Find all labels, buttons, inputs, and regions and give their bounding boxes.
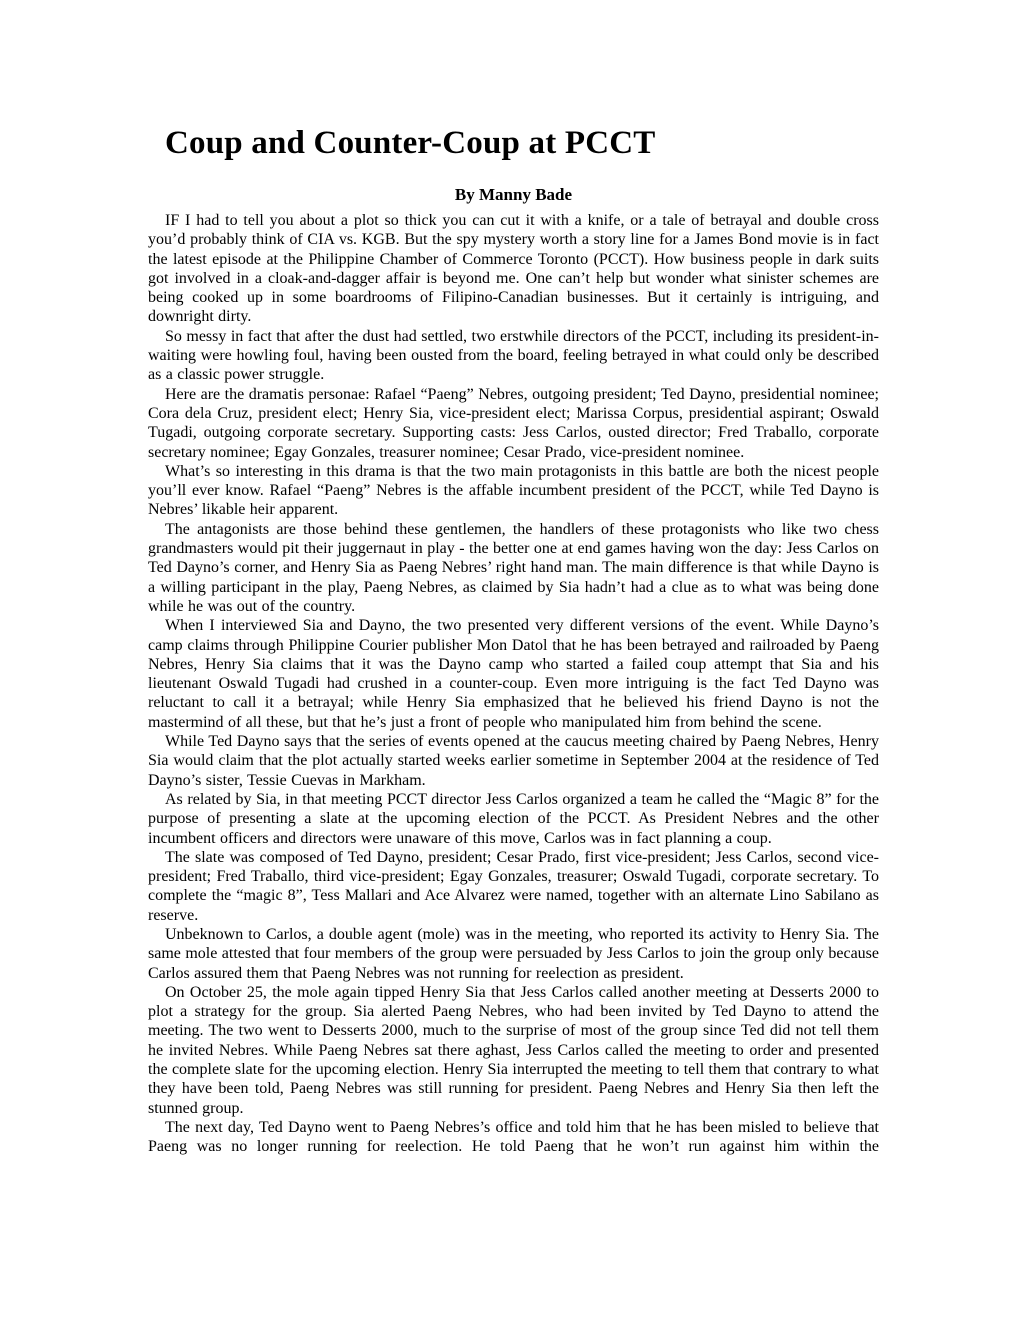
document-page: Coup and Counter-Coup at PCCT By Manny B… (0, 0, 1020, 1320)
article-title: Coup and Counter-Coup at PCCT (148, 124, 879, 162)
article-paragraph: The next day, Ted Dayno went to Paeng Ne… (148, 1118, 879, 1157)
article-paragraph: On October 25, the mole again tipped Hen… (148, 983, 879, 1118)
article-paragraph: IF I had to tell you about a plot so thi… (148, 211, 879, 327)
article-paragraph: Here are the dramatis personae: Rafael “… (148, 385, 879, 462)
article-paragraph: As related by Sia, in that meeting PCCT … (148, 790, 879, 848)
article-paragraph: When I interviewed Sia and Dayno, the tw… (148, 616, 879, 732)
article-paragraph: The antagonists are those behind these g… (148, 520, 879, 616)
article-paragraph: So messy in fact that after the dust had… (148, 327, 879, 385)
article: Coup and Counter-Coup at PCCT By Manny B… (148, 124, 879, 1157)
article-body: IF I had to tell you about a plot so thi… (148, 211, 879, 1157)
article-paragraph: The slate was composed of Ted Dayno, pre… (148, 848, 879, 925)
article-byline: By Manny Bade (148, 185, 879, 204)
article-paragraph: While Ted Dayno says that the series of … (148, 732, 879, 790)
article-paragraph: Unbeknown to Carlos, a double agent (mol… (148, 925, 879, 983)
article-paragraph: What’s so interesting in this drama is t… (148, 462, 879, 520)
